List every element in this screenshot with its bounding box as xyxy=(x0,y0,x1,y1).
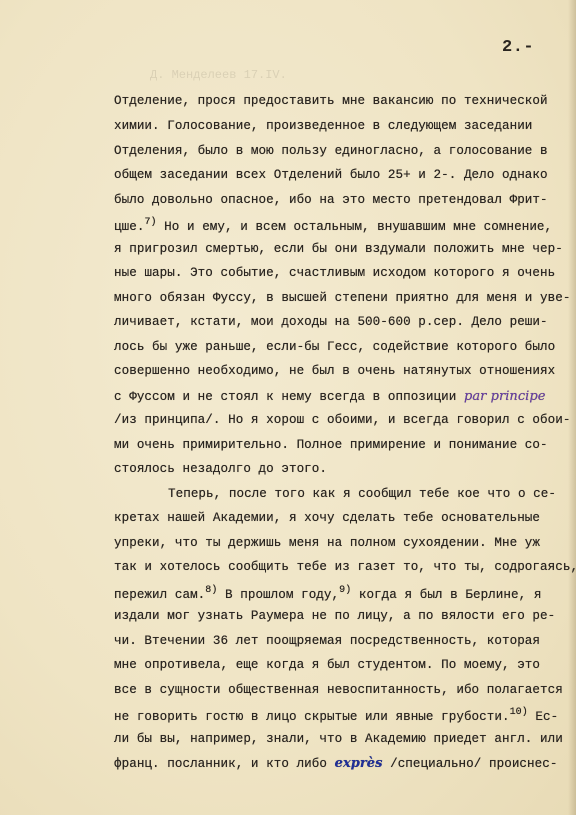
footnote-marker: 7) xyxy=(144,217,156,228)
text-line: с Фуссом и не стоял к нему всегда в оппо… xyxy=(114,389,546,404)
text-fragment: В прошлом году, xyxy=(225,588,339,602)
text-line: ми очень примирительно. Полное примирени… xyxy=(114,438,548,452)
text-line: не говорить гостю в лицо скрытые или явн… xyxy=(114,707,558,724)
text-line: ные шары. Это событие, счастливым исходо… xyxy=(114,266,555,280)
text-line: я пригрозил смертью, если бы они вздумал… xyxy=(114,242,563,256)
text-line: пережил сам.8) В прошлом году,9) когда я… xyxy=(114,585,541,602)
text-line: /из принципа/. Но я хорош с обоими, и вс… xyxy=(114,413,570,427)
text-line: цше.7) Но и ему, и всем остальным, внуша… xyxy=(114,217,552,234)
text-line: общем заседании всех Отделений было 25+ … xyxy=(114,168,548,182)
handwritten-note-par-principe: par principe xyxy=(464,389,546,404)
footnote-marker: 10) xyxy=(510,707,528,718)
text-fragment: с Фуссом и не стоял к нему всегда в оппо… xyxy=(114,390,456,404)
text-fragment: /специально/ происнес- xyxy=(390,757,557,771)
text-line: было довольно опасное, ибо на это место … xyxy=(114,193,548,207)
page-number: 2.- xyxy=(502,38,534,57)
text-line: чи. Втечении 36 лет поощряемая посредств… xyxy=(114,634,540,648)
page-edge-shadow xyxy=(568,0,576,815)
handwritten-note-expres: exprès xyxy=(335,756,383,771)
text-line: так и хотелось сообщить тебе из газет то… xyxy=(114,560,576,574)
text-line: много обязан Фуссу, в высшей степени при… xyxy=(114,291,570,305)
text-line: совершенно необходимо, не был в очень на… xyxy=(114,364,555,378)
text-line: издали мог узнать Раумера не по лицу, а … xyxy=(114,609,555,623)
text-fragment: Ес- xyxy=(535,710,558,724)
text-line: франц. посланник, и кто либо exprès /спе… xyxy=(114,756,557,771)
text-line: лось бы уже раньше, если-бы Гесс, содейс… xyxy=(114,340,555,354)
footnote-marker: 8) xyxy=(205,585,217,596)
text-fragment: Но и ему, и всем остальным, внушавшим мн… xyxy=(164,220,552,234)
text-fragment: когда я был в Берлине, я xyxy=(359,588,542,602)
text-line: ли бы вы, например, знали, что в Академи… xyxy=(114,732,563,746)
text-line: Отделение, прося предоставить мне ваканс… xyxy=(114,94,548,108)
text-line: личивает, кстати, мои доходы на 500-600 … xyxy=(114,315,548,329)
text-line: все в сущности общественная невоспитанно… xyxy=(114,683,563,697)
document-page: Д. Менделеев 17.IV. 2.- Отделение, прося… xyxy=(0,0,576,815)
text-line: Отделения, было в мою пользу единогласно… xyxy=(114,144,548,158)
text-fragment: пережил сам. xyxy=(114,588,205,602)
text-fragment: франц. посланник, и кто либо xyxy=(114,757,327,771)
text-line: мне опротивела, еще когда я был студенто… xyxy=(114,658,540,672)
text-line: химии. Голосование, произведенное в след… xyxy=(114,119,532,133)
text-fragment: не говорить гостю в лицо скрытые или явн… xyxy=(114,710,510,724)
faint-show-through-text: Д. Менделеев 17.IV. xyxy=(150,68,287,82)
text-line: кретах нашей Академии, я хочу сделать те… xyxy=(114,511,540,525)
text-line: стоялось незадолго до этого. xyxy=(114,462,327,476)
text-fragment: цше. xyxy=(114,220,144,234)
text-line: Теперь, после того как я сообщил тебе ко… xyxy=(168,487,556,501)
text-line: упреки, что ты держишь меня на полном су… xyxy=(114,536,540,550)
footnote-marker: 9) xyxy=(339,585,351,596)
